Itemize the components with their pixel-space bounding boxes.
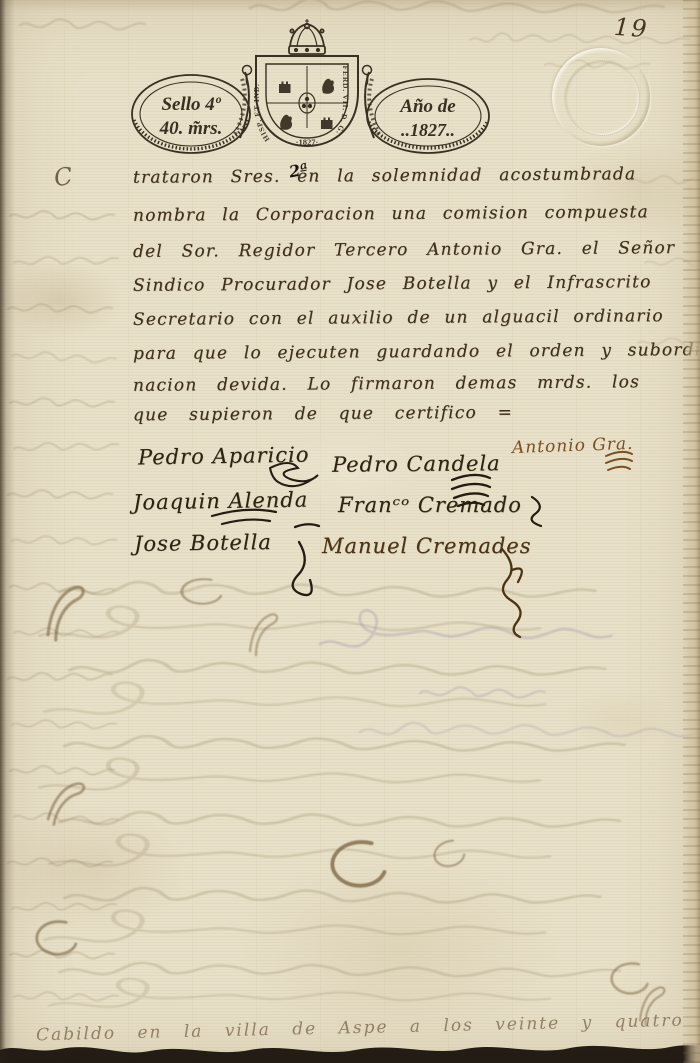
manuscript-page: 19 [0, 0, 700, 1063]
rubric-cremades [502, 549, 522, 637]
rubric-candela [452, 475, 490, 506]
ink-flourish-layer [0, 0, 700, 1063]
rubric-aparicio [270, 463, 318, 486]
deckle-edge [683, 0, 700, 1063]
rubric-cremado [532, 497, 541, 526]
rubric-botella [293, 524, 319, 595]
rubric-antonio [606, 452, 632, 470]
torn-bottom-edge [0, 1045, 700, 1063]
binding-edge [0, 0, 15, 1063]
rubric-alenda [212, 510, 276, 524]
